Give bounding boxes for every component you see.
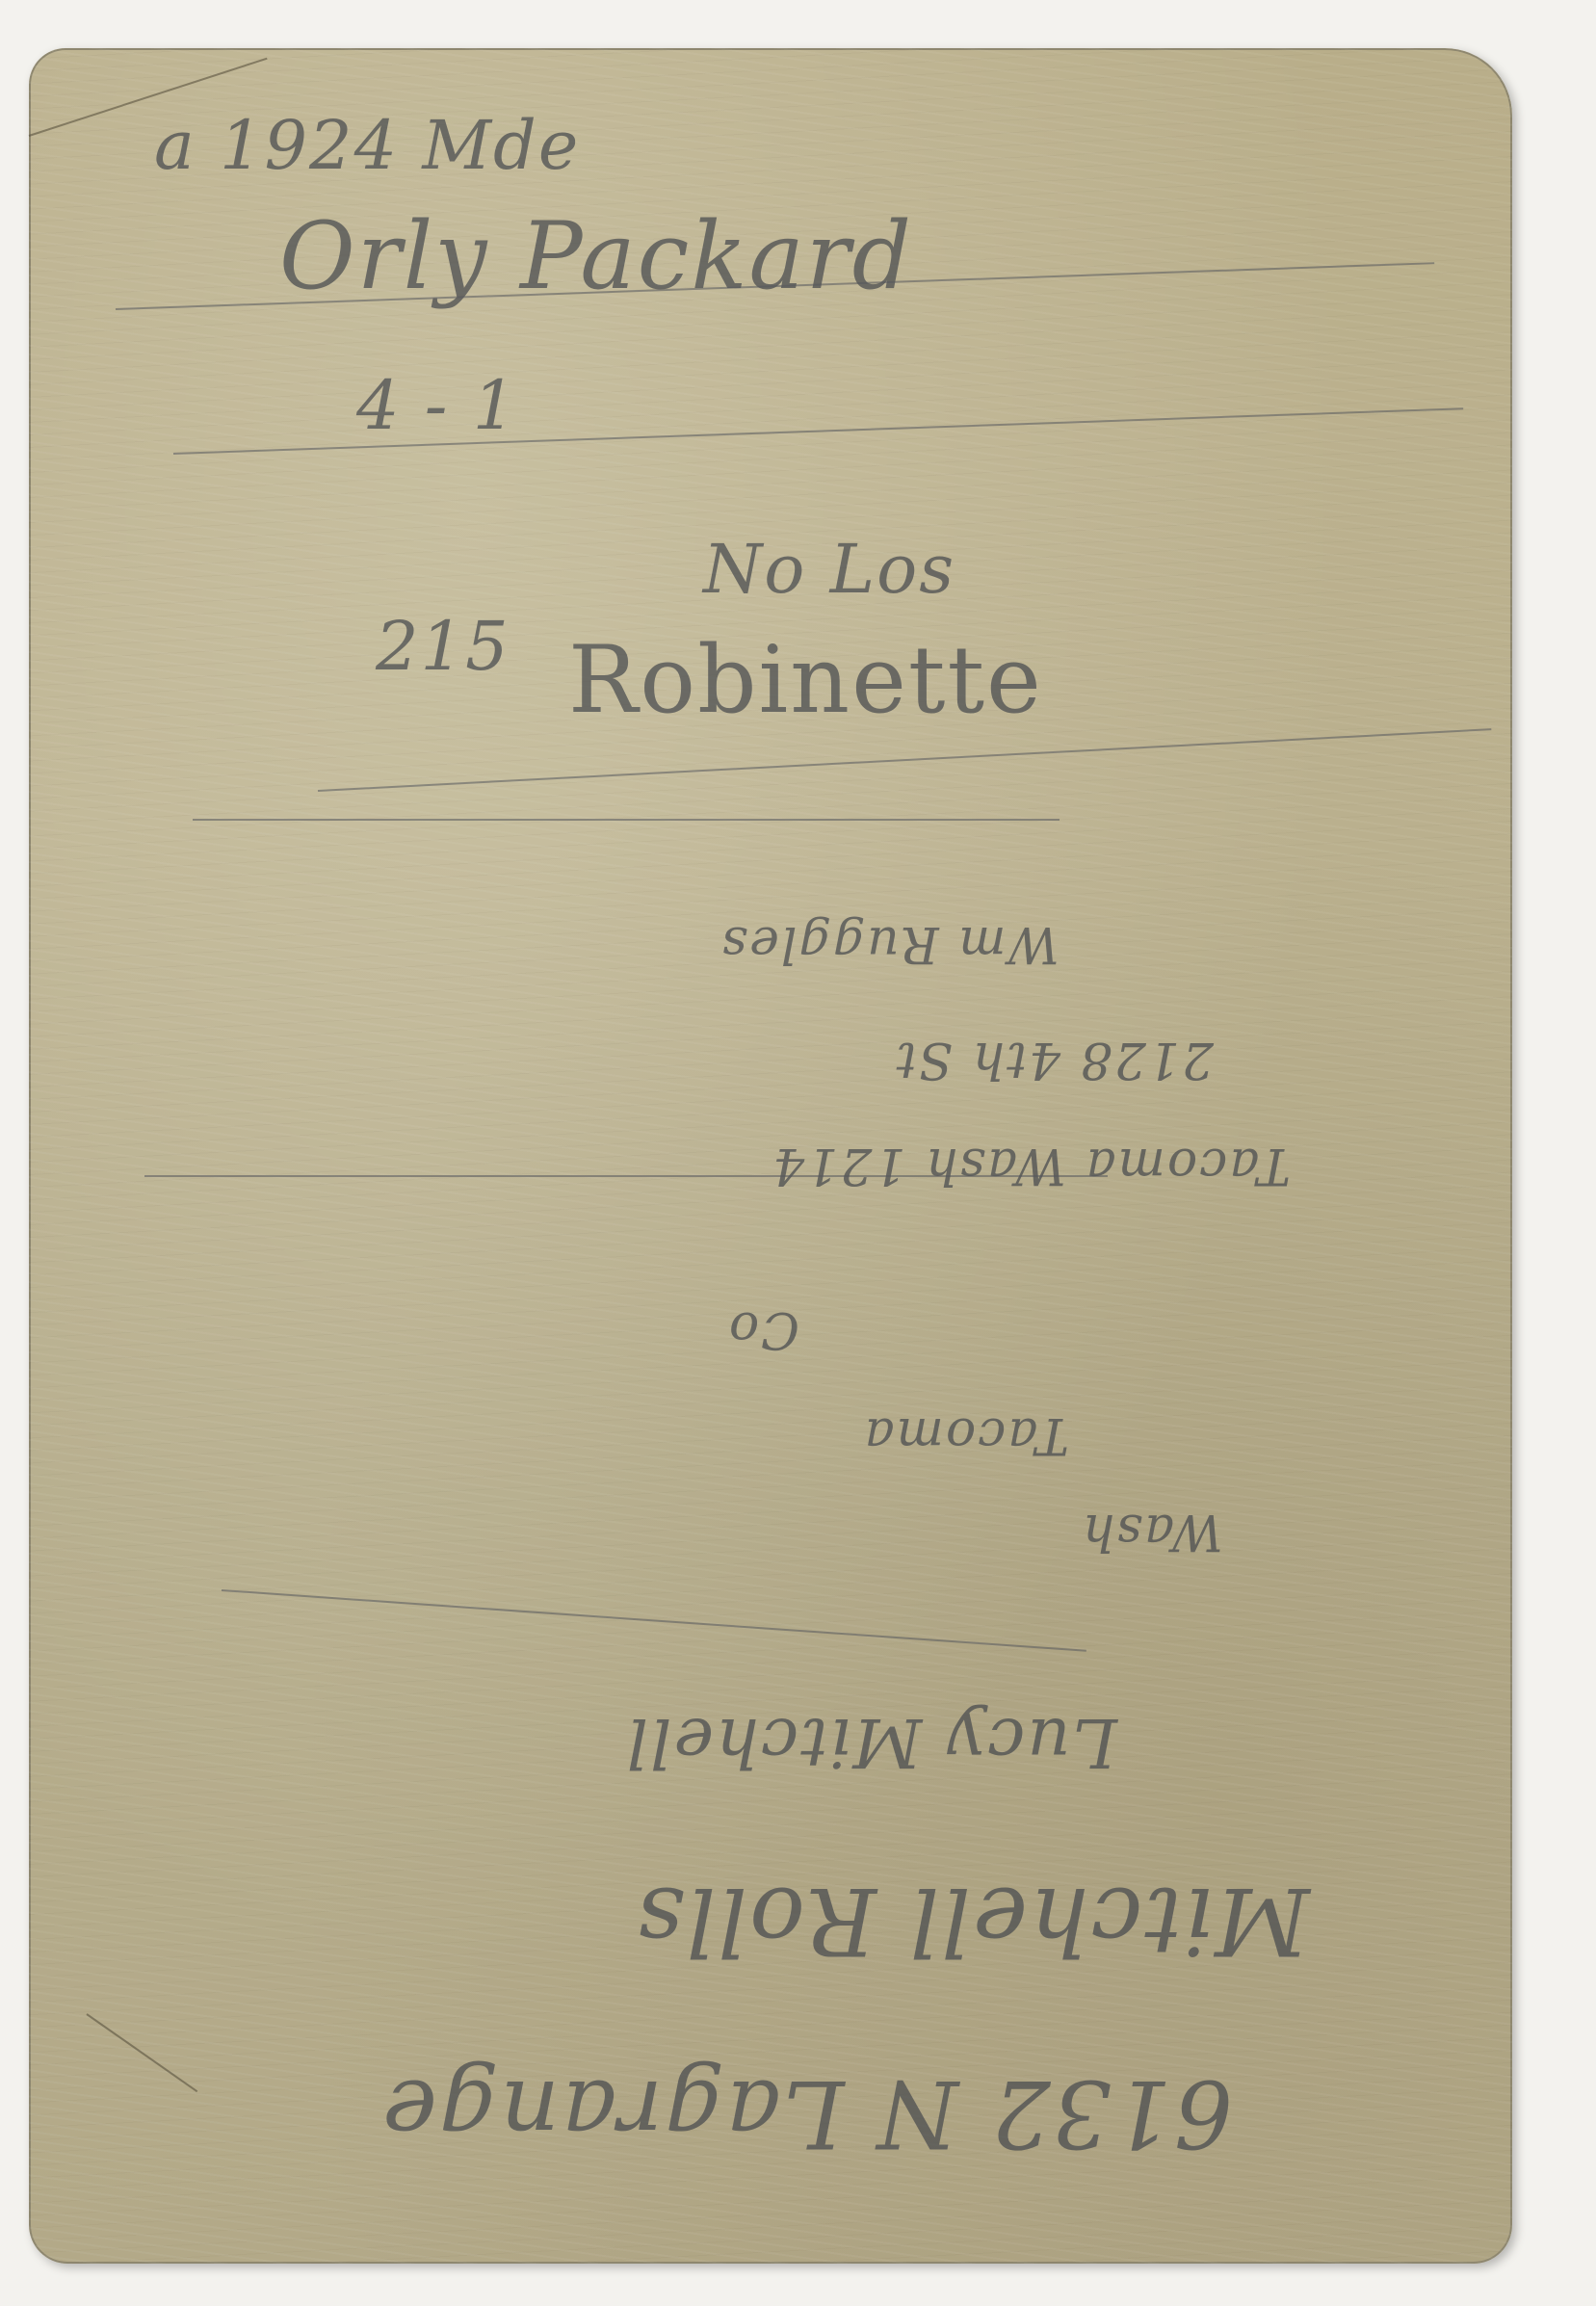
inverted-line: Lucy Mitchell bbox=[625, 1703, 1117, 1782]
pencil-rule bbox=[193, 819, 1060, 821]
inverted-line: Tacoma bbox=[863, 1406, 1069, 1464]
inverted-note-block-1: Tacoma Wash 1214 2128 4th St Wm Ruggles bbox=[106, 838, 1310, 1204]
note-number-215: 215 bbox=[376, 607, 510, 686]
note-line-4: No Los bbox=[703, 530, 955, 609]
inverted-note-block-3: 6132 N Lagrange Mitchell Rolls Lucy Mitc… bbox=[106, 1647, 1406, 2187]
inverted-line: Co bbox=[727, 1300, 799, 1358]
inverted-line: Wm Ruggles bbox=[720, 915, 1060, 973]
inverted-line: Mitchell Rolls bbox=[635, 1867, 1310, 1975]
pencil-rule bbox=[144, 1175, 1108, 1177]
inverted-note-block-2: Wash Tacoma Co bbox=[337, 1252, 1300, 1570]
inverted-line: Tacoma Wash 1214 bbox=[771, 1137, 1291, 1194]
note-name-robinette: Robinette bbox=[568, 626, 1043, 734]
pencil-rule bbox=[318, 728, 1491, 792]
photo-card-back: a 1924 Mde Orly Packard 4 - 1 No Los 215… bbox=[29, 48, 1512, 2264]
inverted-line: 2128 4th St bbox=[895, 1031, 1214, 1088]
note-line-2: Orly Packard bbox=[279, 202, 913, 310]
note-line-1: a 1924 Mde bbox=[154, 106, 580, 185]
pencil-rule bbox=[222, 1589, 1086, 1652]
inverted-line: 6132 N Lagrange bbox=[380, 2059, 1233, 2167]
inverted-line: Wash bbox=[1081, 1503, 1223, 1560]
note-line-3: 4 - 1 bbox=[356, 366, 517, 445]
